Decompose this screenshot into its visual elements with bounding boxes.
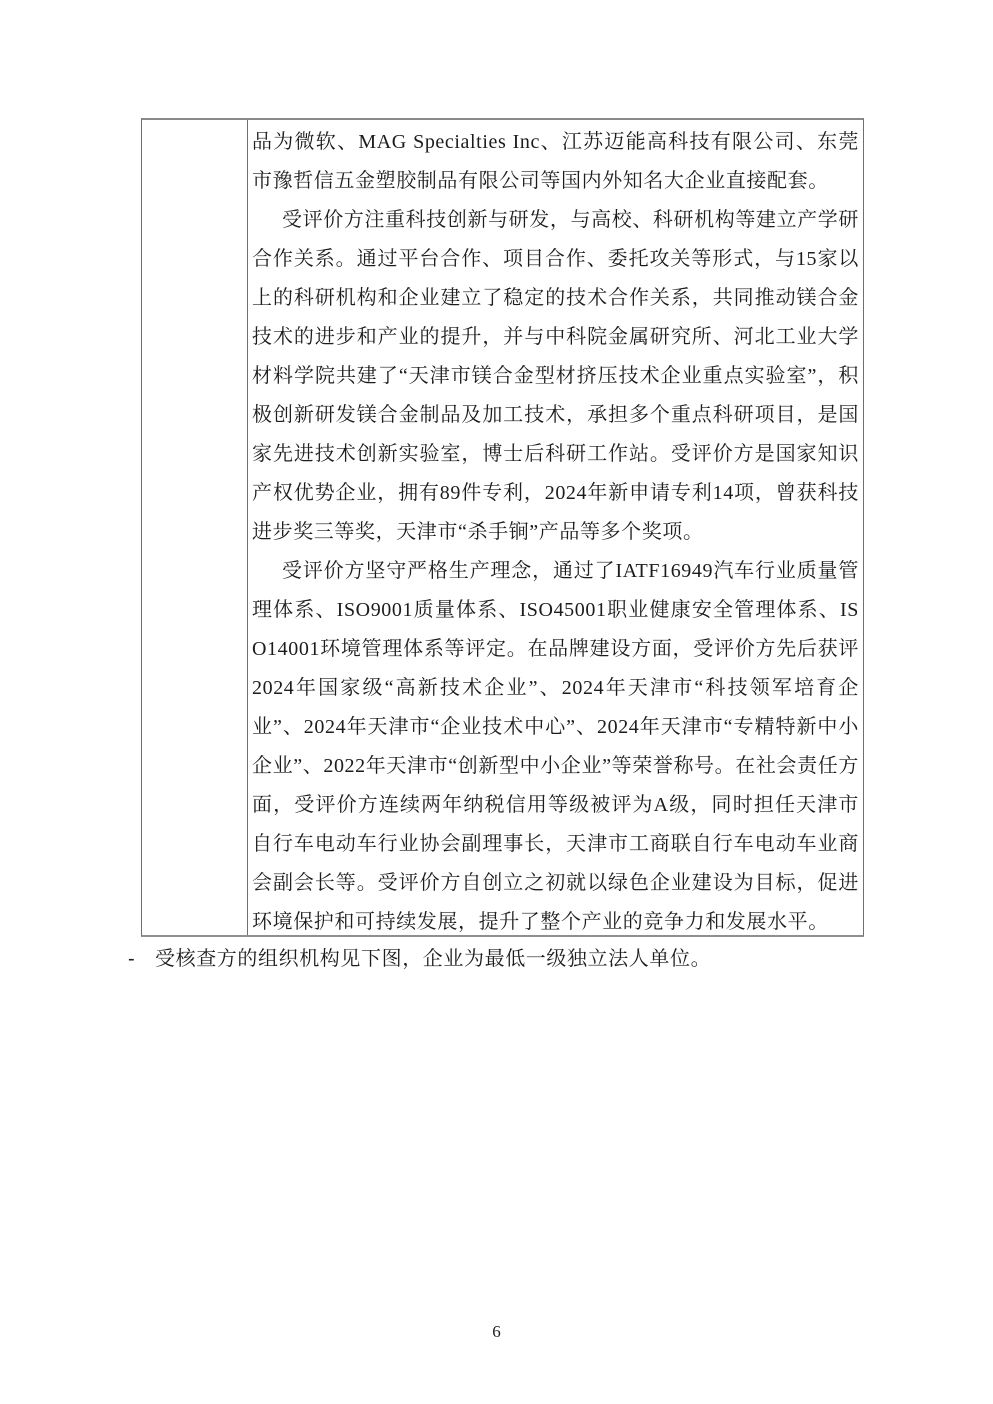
paragraph-certifications: 受评价方坚守严格生产理念，通过了IATF16949汽车行业质量管理体系、ISO9… [252,552,859,935]
paragraph-continuation: 品为微软、MAG Specialties Inc、江苏迈能高科技有限公司、东莞市… [252,123,859,201]
table-text-cell: 品为微软、MAG Specialties Inc、江苏迈能高科技有限公司、东莞市… [249,120,863,935]
table-left-cell [142,120,248,935]
document-page: 品为微软、MAG Specialties Inc、江苏迈能高科技有限公司、东莞市… [0,0,993,1404]
page-number: 6 [0,1322,993,1342]
content-table: 品为微软、MAG Specialties Inc、江苏迈能高科技有限公司、东莞市… [141,118,864,937]
bullet-line: - 受核查方的组织机构见下图，企业为最低一级独立法人单位。 [128,944,933,974]
paragraph-rd-cooperation: 受评价方注重科技创新与研发，与高校、科研机构等建立产学研合作关系。通过平台合作、… [252,201,859,552]
bullet-dash-marker: - [128,944,150,974]
bullet-text: 受核查方的组织机构见下图，企业为最低一级独立法人单位。 [155,944,711,974]
